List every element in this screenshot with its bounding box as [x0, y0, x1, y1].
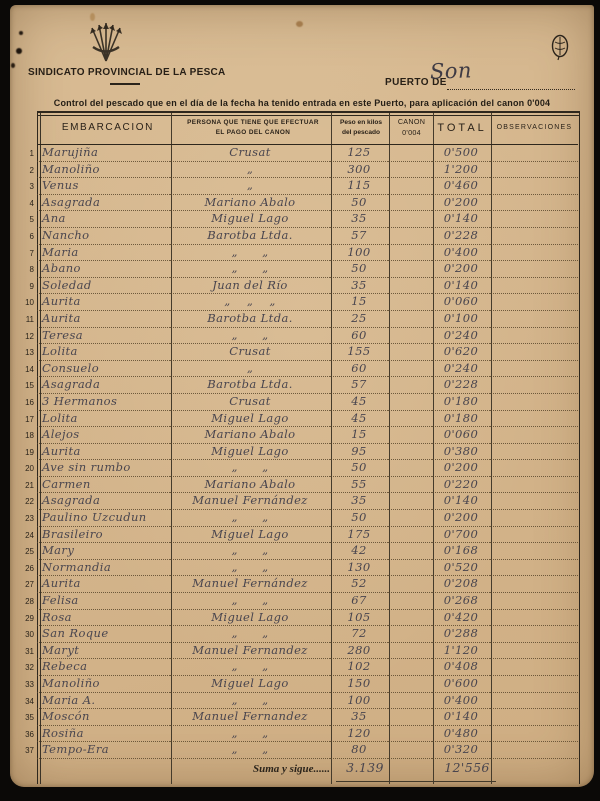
cell-canon: [388, 162, 432, 179]
cell-persona: Mariano Abalo: [170, 427, 330, 444]
cell-observaciones: [490, 211, 578, 228]
header-label: Peso en kilos: [332, 118, 389, 127]
cell-persona: „: [170, 361, 330, 378]
cell-peso: 67: [330, 593, 388, 610]
row-number: 21: [19, 481, 34, 490]
cell-peso: 57: [330, 228, 388, 245]
cell-embarcacion: Tempo-Era: [37, 742, 170, 759]
cell-persona: „ „: [170, 626, 330, 643]
header-label: EMBARCACION: [42, 122, 174, 133]
cell-persona: „: [170, 178, 330, 195]
table-row: 34Maria A.„ „1000'400: [37, 693, 578, 710]
cell-persona: „ „: [170, 560, 330, 577]
table-row: 12Teresa„ „600'240: [37, 328, 578, 345]
cell-embarcacion: Rebeca: [37, 659, 170, 676]
row-number: 14: [19, 365, 34, 374]
column-header-canon: CANON 0'004: [390, 111, 434, 144]
cell-embarcacion: Carmen: [37, 477, 170, 494]
ledger-table: EMBARCACION PERSONA QUE TIENE QUE EFECTU…: [19, 111, 578, 782]
port-field: PUERTO DE Son: [385, 71, 585, 97]
row-number: 23: [19, 514, 34, 523]
cell-total: 0'400: [432, 693, 490, 710]
cell-persona: Miguel Lago: [170, 610, 330, 627]
foxing-spot: [296, 21, 303, 27]
cell-persona: Miguel Lago: [170, 411, 330, 428]
cell-embarcacion: Lolita: [37, 411, 170, 428]
cell-embarcacion: Aurita: [37, 311, 170, 328]
cell-persona: „ „: [170, 726, 330, 743]
cell-canon: [388, 676, 432, 693]
cell-peso: 115: [330, 178, 388, 195]
row-number: 12: [19, 332, 34, 341]
cell-observaciones: [490, 726, 578, 743]
column-header-total: TOTAL: [433, 111, 490, 144]
cell-embarcacion: Marujiña: [37, 145, 170, 162]
cell-total: 1'120: [432, 643, 490, 660]
table-row: 29RosaMiguel Lago1050'420: [37, 610, 578, 627]
cell-peso: 175: [330, 527, 388, 544]
table-row: 15AsagradaBarotba Ltda.570'228: [37, 377, 578, 394]
cell-total: 0'380: [432, 444, 490, 461]
cell-total: 0'200: [432, 195, 490, 212]
cell-embarcacion: Nancho: [37, 228, 170, 245]
cell-peso: 50: [330, 460, 388, 477]
port-handwritten-value: Son: [430, 58, 473, 83]
cell-canon: [388, 344, 432, 361]
cell-embarcacion: Asagrada: [37, 493, 170, 510]
cell-canon: [388, 527, 432, 544]
cell-observaciones: [490, 377, 578, 394]
cell-persona: „ „: [170, 245, 330, 262]
cell-embarcacion: Brasileiro: [37, 527, 170, 544]
cell-canon: [388, 560, 432, 577]
document-title: Control del pescado que en el día de la …: [10, 98, 594, 108]
sum-total-value: 12'556: [438, 759, 496, 782]
cell-observaciones: [490, 245, 578, 262]
table-body: 1MarujiñaCrusat1250'5002Manoliño„3001'20…: [19, 145, 578, 759]
row-number: 2: [19, 166, 34, 175]
cell-persona: Manuel Fernandez: [170, 643, 330, 660]
cell-canon: [388, 278, 432, 295]
cell-observaciones: [490, 394, 578, 411]
cell-observaciones: [490, 278, 578, 295]
cell-canon: [388, 411, 432, 428]
cell-persona: „ „: [170, 693, 330, 710]
cell-embarcacion: Manoliño: [37, 162, 170, 179]
row-number: 25: [19, 547, 34, 556]
cell-total: 0'140: [432, 278, 490, 295]
title-underline: [110, 83, 140, 85]
table-row: 37Tempo-Era„ „800'320: [37, 742, 578, 759]
cell-total: 0'228: [432, 377, 490, 394]
cell-persona: „ „: [170, 742, 330, 759]
cell-canon: [388, 726, 432, 743]
cell-peso: 50: [330, 261, 388, 278]
cell-observaciones: [490, 261, 578, 278]
cell-embarcacion: Aurita: [37, 294, 170, 311]
table-row: 5AnaMiguel Lago350'140: [37, 211, 578, 228]
cell-persona: Manuel Fernandez: [170, 709, 330, 726]
cell-embarcacion: Maria A.: [37, 693, 170, 710]
table-row: 33ManoliñoMiguel Lago1500'600: [37, 676, 578, 693]
cell-peso: 102: [330, 659, 388, 676]
table-row: 2Manoliño„3001'200: [37, 162, 578, 179]
cell-canon: [388, 659, 432, 676]
table-row: 30San Roque„ „720'288: [37, 626, 578, 643]
cell-canon: [388, 626, 432, 643]
header-label: PERSONA QUE TIENE QUE EFECTUAR: [174, 118, 333, 128]
row-number: 11: [19, 315, 34, 324]
row-number: 22: [19, 497, 34, 506]
cell-peso: 57: [330, 377, 388, 394]
cell-canon: [388, 693, 432, 710]
cell-persona: Crusat: [170, 344, 330, 361]
cell-peso: 100: [330, 693, 388, 710]
sum-peso-value: 3.139: [336, 759, 394, 782]
cell-embarcacion: Lolita: [37, 344, 170, 361]
cell-observaciones: [490, 162, 578, 179]
cell-persona: Barotba Ltda.: [170, 311, 330, 328]
table-row: 14Consuelo„600'240: [37, 361, 578, 378]
cell-canon: [388, 328, 432, 345]
cell-observaciones: [490, 411, 578, 428]
cell-total: 0'480: [432, 726, 490, 743]
cell-observaciones: [490, 593, 578, 610]
cell-persona: Crusat: [170, 145, 330, 162]
cell-total: 0'700: [432, 527, 490, 544]
cell-total: 0'140: [432, 211, 490, 228]
cell-observaciones: [490, 693, 578, 710]
cell-peso: 120: [330, 726, 388, 743]
cell-total: 0'520: [432, 560, 490, 577]
row-number: 5: [19, 215, 34, 224]
row-number: 34: [19, 697, 34, 706]
row-number: 6: [19, 232, 34, 241]
cell-canon: [388, 311, 432, 328]
ink-stain: [19, 31, 23, 35]
cell-peso: 150: [330, 676, 388, 693]
cell-canon: [388, 245, 432, 262]
row-number: 3: [19, 182, 34, 191]
cell-peso: 95: [330, 444, 388, 461]
cell-total: 0'408: [432, 659, 490, 676]
row-number: 17: [19, 415, 34, 424]
cell-peso: 105: [330, 610, 388, 627]
cell-embarcacion: Mary: [37, 543, 170, 560]
table-row: 23Paulino Uzcudun„ „500'200: [37, 510, 578, 527]
cell-embarcacion: Maria: [37, 245, 170, 262]
cell-embarcacion: Alejos: [37, 427, 170, 444]
cell-peso: 35: [330, 709, 388, 726]
row-number: 36: [19, 730, 34, 739]
table-row: 3Venus„1150'460: [37, 178, 578, 195]
falange-yoke-and-arrows-icon: [88, 21, 124, 65]
cell-observaciones: [490, 493, 578, 510]
cell-peso: 15: [330, 294, 388, 311]
cell-peso: 35: [330, 211, 388, 228]
cell-canon: [388, 460, 432, 477]
row-number: 26: [19, 564, 34, 573]
table-header-row: EMBARCACION PERSONA QUE TIENE QUE EFECTU…: [37, 111, 578, 145]
cell-canon: [388, 261, 432, 278]
cell-observaciones: [490, 294, 578, 311]
cell-canon: [388, 610, 432, 627]
cell-peso: 60: [330, 328, 388, 345]
cell-peso: 125: [330, 145, 388, 162]
table-row: 11AuritaBarotba Ltda.250'100: [37, 311, 578, 328]
table-sum-row: Suma y sigue...... 3.139 12'556: [37, 759, 578, 782]
cell-peso: 55: [330, 477, 388, 494]
cell-persona: Juan del Río: [170, 278, 330, 295]
cell-observaciones: [490, 626, 578, 643]
cell-persona: „ „ „: [170, 294, 330, 311]
table-row: 22AsagradaManuel Fernández350'140: [37, 493, 578, 510]
cell-canon: [388, 742, 432, 759]
table-row: 13LolitaCrusat1550'620: [37, 344, 578, 361]
cell-persona: „ „: [170, 510, 330, 527]
cell-observaciones: [490, 460, 578, 477]
cell-embarcacion: Rosa: [37, 610, 170, 627]
table-row: 6NanchoBarotba Ltda.570'228: [37, 228, 578, 245]
cell-observaciones: [490, 543, 578, 560]
row-number: 35: [19, 713, 34, 722]
table-row: 31MarytManuel Fernandez2801'120: [37, 643, 578, 660]
table-row: 1MarujiñaCrusat1250'500: [37, 145, 578, 162]
cell-observaciones: [490, 427, 578, 444]
cell-peso: 80: [330, 742, 388, 759]
row-number: 33: [19, 680, 34, 689]
cell-embarcacion: Aurita: [37, 444, 170, 461]
cell-canon: [388, 427, 432, 444]
row-number: 24: [19, 531, 34, 540]
cell-canon: [388, 211, 432, 228]
foxing-spot: [90, 13, 95, 21]
cell-peso: 35: [330, 493, 388, 510]
cell-embarcacion: Abano: [37, 261, 170, 278]
ink-stain: [11, 63, 15, 68]
cell-peso: 52: [330, 576, 388, 593]
row-number: 29: [19, 614, 34, 623]
cell-canon: [388, 493, 432, 510]
cell-persona: „ „: [170, 543, 330, 560]
table-row: 25Mary„ „420'168: [37, 543, 578, 560]
cell-total: 0'600: [432, 676, 490, 693]
cell-peso: 15: [330, 427, 388, 444]
cell-peso: 45: [330, 394, 388, 411]
table-row: 24BrasileiroMiguel Lago1750'700: [37, 527, 578, 544]
cell-canon: [388, 394, 432, 411]
header-label: 0'004: [390, 128, 434, 139]
cell-canon: [388, 178, 432, 195]
column-header-observaciones: OBSERVACIONES: [491, 111, 578, 144]
row-number: 30: [19, 630, 34, 639]
cell-observaciones: [490, 643, 578, 660]
cell-total: 0'200: [432, 460, 490, 477]
cell-total: 0'208: [432, 576, 490, 593]
oval-seal-icon: [550, 33, 570, 63]
cell-total: 0'460: [432, 178, 490, 195]
sum-label: Suma y sigue......: [37, 759, 336, 782]
cell-persona: „ „: [170, 328, 330, 345]
cell-total: 0'060: [432, 294, 490, 311]
cell-persona: „: [170, 162, 330, 179]
cell-observaciones: [490, 610, 578, 627]
cell-embarcacion: Asagrada: [37, 377, 170, 394]
cell-embarcacion: Asagrada: [37, 195, 170, 212]
cell-canon: [388, 294, 432, 311]
cell-canon: [388, 543, 432, 560]
cell-total: 0'288: [432, 626, 490, 643]
cell-peso: 35: [330, 278, 388, 295]
cell-canon: [388, 444, 432, 461]
cell-peso: 100: [330, 245, 388, 262]
table-row: 26Normandia„ „1300'520: [37, 560, 578, 577]
cell-persona: Miguel Lago: [170, 444, 330, 461]
cell-observaciones: [490, 576, 578, 593]
cell-observaciones: [490, 311, 578, 328]
cell-persona: Barotba Ltda.: [170, 228, 330, 245]
table-row: 17LolitaMiguel Lago450'180: [37, 411, 578, 428]
cell-embarcacion: Ave sin rumbo: [37, 460, 170, 477]
cell-canon: [388, 361, 432, 378]
column-header-peso: Peso en kilos del pescado: [332, 111, 389, 144]
cell-canon: [388, 510, 432, 527]
cell-total: 0'268: [432, 593, 490, 610]
cell-embarcacion: Soledad: [37, 278, 170, 295]
table-row: 27AuritaManuel Fernández520'208: [37, 576, 578, 593]
cell-peso: 60: [330, 361, 388, 378]
cell-canon: [388, 145, 432, 162]
table-row: 28Felisa„ „670'268: [37, 593, 578, 610]
table-row: 36Rosiña„ „1200'480: [37, 726, 578, 743]
table-row: 9SoledadJuan del Río350'140: [37, 278, 578, 295]
cell-observaciones: [490, 676, 578, 693]
cell-peso: 72: [330, 626, 388, 643]
cell-persona: Miguel Lago: [170, 211, 330, 228]
row-number: 20: [19, 464, 34, 473]
row-number: 13: [19, 348, 34, 357]
cell-persona: Manuel Fernández: [170, 576, 330, 593]
cell-canon: [388, 643, 432, 660]
cell-total: 0'140: [432, 493, 490, 510]
cell-embarcacion: Moscón: [37, 709, 170, 726]
cell-persona: Barotba Ltda.: [170, 377, 330, 394]
cell-observaciones: [490, 178, 578, 195]
cell-embarcacion: 3 Hermanos: [37, 394, 170, 411]
cell-persona: Miguel Lago: [170, 676, 330, 693]
cell-peso: 300: [330, 162, 388, 179]
table-row: 10Aurita„ „ „150'060: [37, 294, 578, 311]
table-row: 32Rebeca„ „1020'408: [37, 659, 578, 676]
table-row: 35MoscónManuel Fernandez350'140: [37, 709, 578, 726]
cell-total: 0'200: [432, 261, 490, 278]
cell-observaciones: [490, 145, 578, 162]
cell-canon: [388, 576, 432, 593]
cell-embarcacion: Paulino Uzcudun: [37, 510, 170, 527]
cell-total: 0'180: [432, 411, 490, 428]
cell-observaciones: [490, 328, 578, 345]
cell-total: 0'420: [432, 610, 490, 627]
cell-total: 0'320: [432, 742, 490, 759]
row-number: 1: [19, 149, 34, 158]
port-dotted-line: [447, 89, 575, 90]
column-header-persona: PERSONA QUE TIENE QUE EFECTUAR EL PAGO D…: [174, 111, 333, 144]
cell-observaciones: [490, 709, 578, 726]
column-header-embarcacion: EMBARCACION: [37, 111, 174, 144]
cell-persona: Crusat: [170, 394, 330, 411]
cell-observaciones: [490, 344, 578, 361]
table-row: 163 HermanosCrusat450'180: [37, 394, 578, 411]
cell-observaciones: [490, 659, 578, 676]
cell-peso: 280: [330, 643, 388, 660]
cell-embarcacion: Normandia: [37, 560, 170, 577]
cell-peso: 50: [330, 510, 388, 527]
organization-title: SINDICATO PROVINCIAL DE LA PESCA: [28, 67, 308, 78]
row-number: 31: [19, 647, 34, 656]
row-number: 16: [19, 398, 34, 407]
cell-total: 0'060: [432, 427, 490, 444]
cell-persona: Manuel Fernández: [170, 493, 330, 510]
row-number: 19: [19, 448, 34, 457]
cell-observaciones: [490, 228, 578, 245]
cell-total: 0'500: [432, 145, 490, 162]
cell-persona: „ „: [170, 460, 330, 477]
row-number: 15: [19, 381, 34, 390]
cell-observaciones: [490, 361, 578, 378]
cell-total: 0'240: [432, 328, 490, 345]
cell-embarcacion: San Roque: [37, 626, 170, 643]
cell-peso: 155: [330, 344, 388, 361]
cell-peso: 50: [330, 195, 388, 212]
cell-embarcacion: Maryt: [37, 643, 170, 660]
cell-observaciones: [490, 742, 578, 759]
cell-persona: „ „: [170, 593, 330, 610]
cell-embarcacion: Teresa: [37, 328, 170, 345]
cell-observaciones: [490, 560, 578, 577]
cell-observaciones: [490, 195, 578, 212]
ink-stain: [16, 48, 22, 54]
row-number: 27: [19, 580, 34, 589]
row-number: 18: [19, 431, 34, 440]
cell-peso: 25: [330, 311, 388, 328]
cell-persona: „ „: [170, 261, 330, 278]
cell-total: 0'400: [432, 245, 490, 262]
table-row: 8Abano„ „500'200: [37, 261, 578, 278]
cell-peso: 45: [330, 411, 388, 428]
cell-embarcacion: Venus: [37, 178, 170, 195]
cell-embarcacion: Aurita: [37, 576, 170, 593]
cell-canon: [388, 377, 432, 394]
row-number: 28: [19, 597, 34, 606]
cell-total: 0'100: [432, 311, 490, 328]
cell-embarcacion: Felisa: [37, 593, 170, 610]
table-row: 21CarmenMariano Abalo550'220: [37, 477, 578, 494]
cell-peso: 130: [330, 560, 388, 577]
cell-persona: „ „: [170, 659, 330, 676]
table-row: 7Maria„ „1000'400: [37, 245, 578, 262]
cell-total: 0'168: [432, 543, 490, 560]
cell-total: 0'200: [432, 510, 490, 527]
cell-embarcacion: Manoliño: [37, 676, 170, 693]
cell-canon: [388, 477, 432, 494]
cell-embarcacion: Consuelo: [37, 361, 170, 378]
row-number: 10: [19, 298, 34, 307]
table-row: 18AlejosMariano Abalo150'060: [37, 427, 578, 444]
cell-total: 0'180: [432, 394, 490, 411]
cell-canon: [388, 228, 432, 245]
table-row: 19AuritaMiguel Lago950'380: [37, 444, 578, 461]
cell-observaciones: [490, 477, 578, 494]
